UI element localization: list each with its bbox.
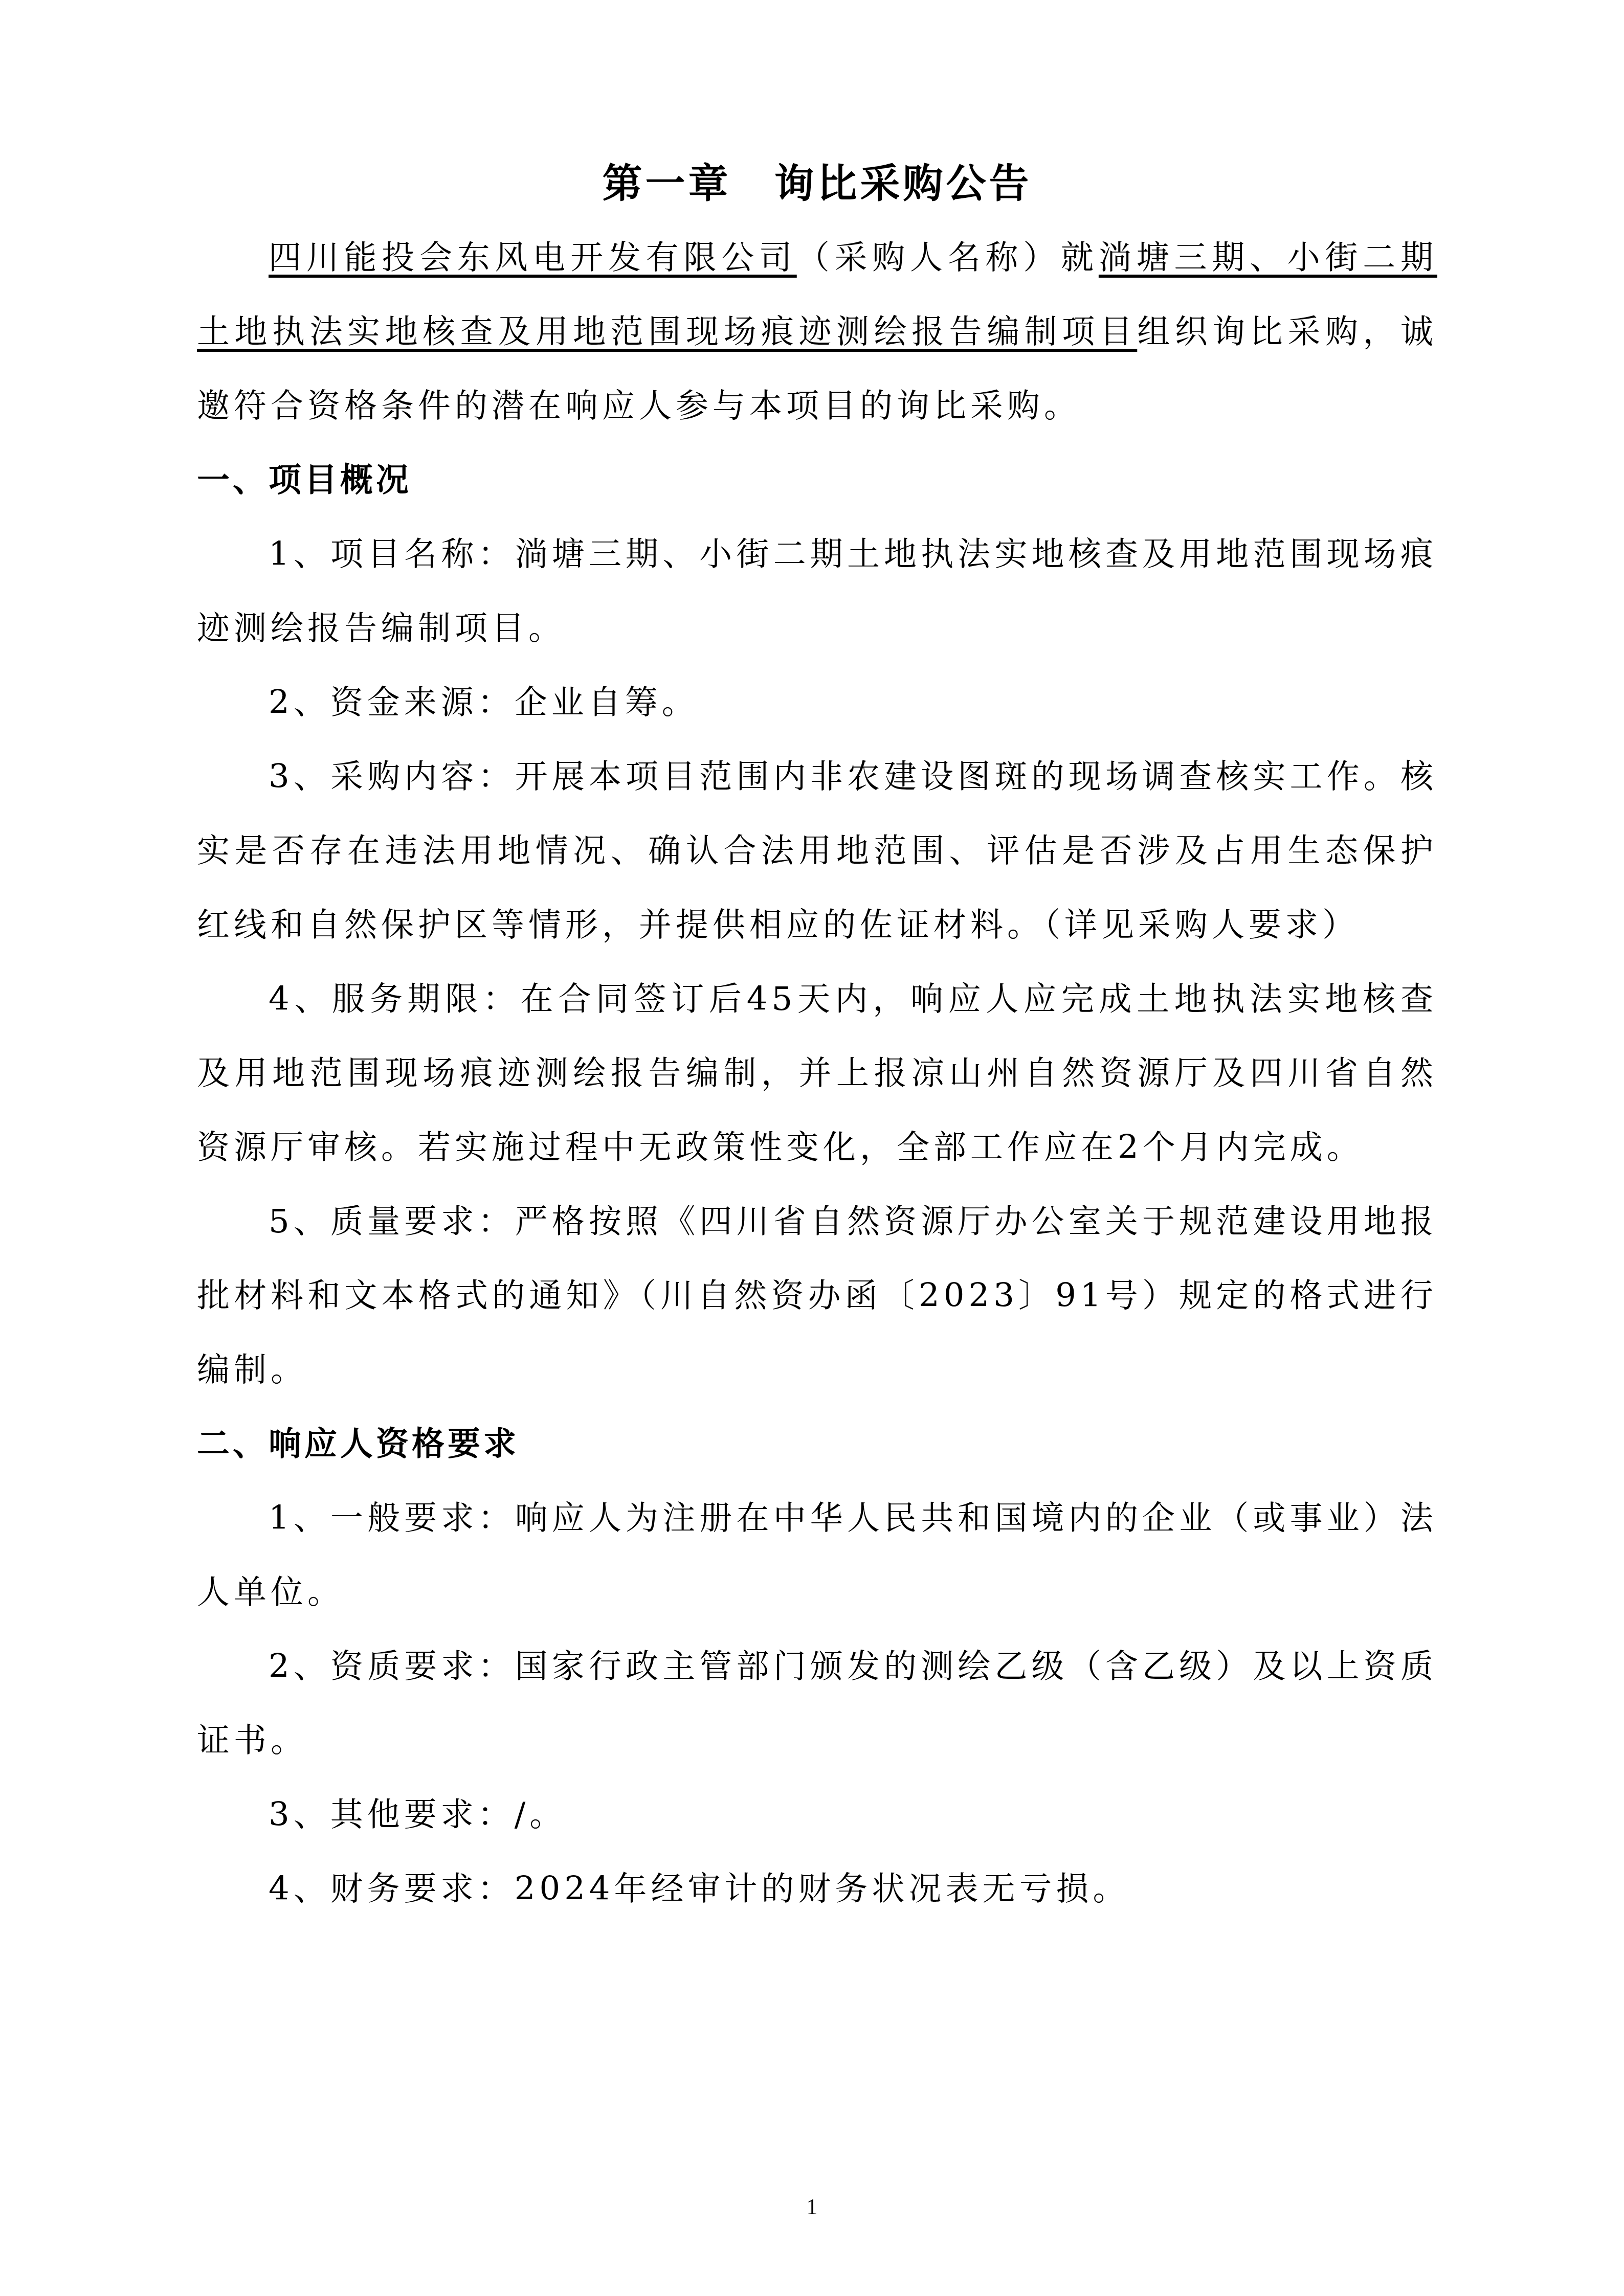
intro-paragraph: 四川能投会东风电开发有限公司（采购人名称）就淌塘三期、小街二期土地执法实地核查及…	[197, 221, 1437, 443]
overview-item-content: 3、采购内容：开展本项目范围内非农建设图斑的现场调查核实工作。核实是否存在违法用…	[197, 740, 1437, 962]
page-title: 第一章 询比采购公告	[197, 153, 1437, 215]
overview-item-quality: 5、质量要求：严格按照《四川省自然资源厅办公室关于规范建设用地报批材料和文本格式…	[197, 1185, 1437, 1407]
section-heading-project-overview: 一、项目概况	[197, 443, 1437, 517]
qualification-item-other: 3、其他要求：/。	[197, 1778, 1437, 1852]
document-body: 第一章 询比采购公告 四川能投会东风电开发有限公司（采购人名称）就淌塘三期、小街…	[197, 153, 1437, 1926]
section-heading-qualifications: 二、响应人资格要求	[197, 1407, 1437, 1481]
purchaser-note: （采购人名称）就	[797, 239, 1099, 277]
page-number: 1	[0, 2194, 1624, 2220]
qualification-item-certification: 2、资质要求：国家行政主管部门颁发的测绘乙级（含乙级）及以上资质证书。	[197, 1630, 1437, 1778]
purchaser-name: 四川能投会东风电开发有限公司	[269, 239, 797, 277]
document-page: 第一章 询比采购公告 四川能投会东风电开发有限公司（采购人名称）就淌塘三期、小街…	[0, 0, 1624, 2296]
overview-item-service-period: 4、服务期限：在合同签订后45天内，响应人应完成土地执法实地核查及用地范围现场痕…	[197, 962, 1437, 1185]
qualification-item-general: 1、一般要求：响应人为注册在中华人民共和国境内的企业（或事业）法人单位。	[197, 1481, 1437, 1630]
overview-item-name: 1、项目名称：淌塘三期、小街二期土地执法实地核查及用地范围现场痕迹测绘报告编制项…	[197, 517, 1437, 666]
qualification-item-financial: 4、财务要求：2024年经审计的财务状况表无亏损。	[197, 1852, 1437, 1926]
overview-item-funding: 2、资金来源：企业自筹。	[197, 666, 1437, 740]
